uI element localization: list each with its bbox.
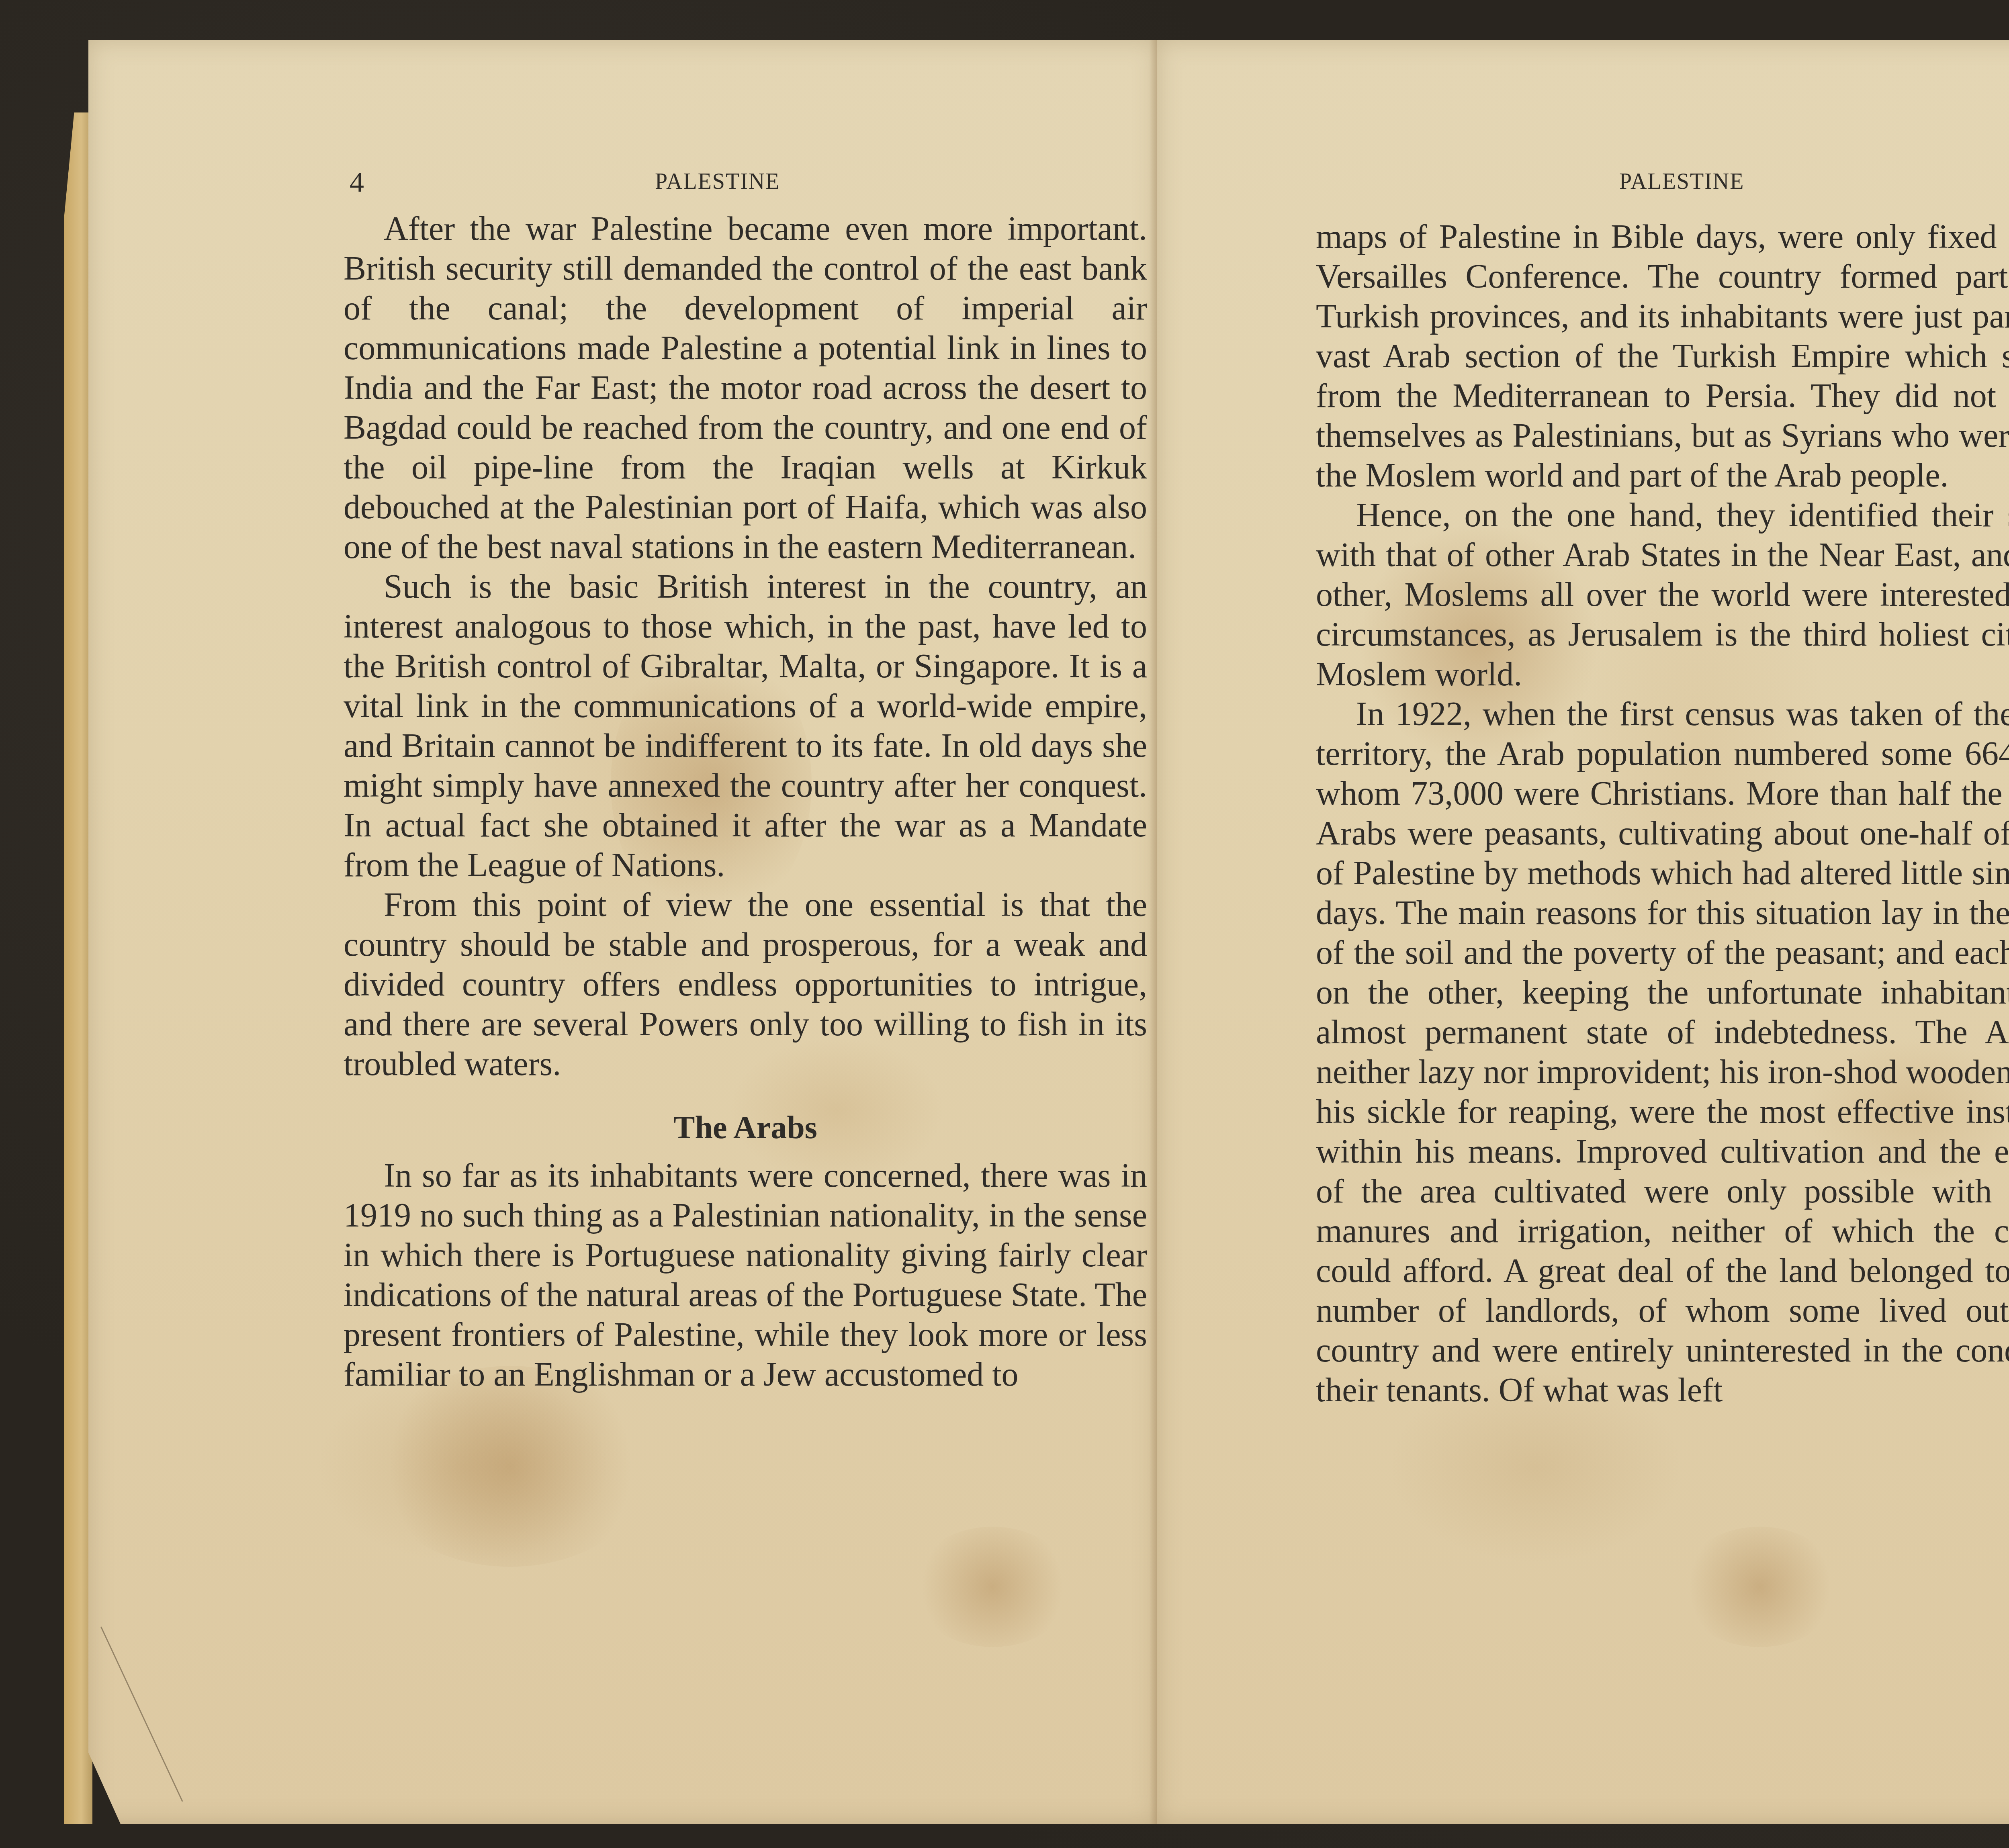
- running-head-right: PALESTINE: [1619, 169, 1745, 194]
- age-stain: [370, 1366, 651, 1567]
- paragraph: In so far as its inhabitants were concer…: [344, 1156, 1147, 1394]
- section-heading: The Arabs: [344, 1108, 1147, 1148]
- paragraph: Such is the basic British interest in th…: [344, 567, 1147, 885]
- left-page: 4 PALESTINE After the war Palestine beca…: [88, 40, 1157, 1824]
- right-page: PALESTINE 5 maps of Palestine in Bible d…: [1157, 40, 2009, 1824]
- left-page-body: After the war Palestine became even more…: [344, 209, 1147, 1394]
- paragraph: After the war Palestine became even more…: [344, 209, 1147, 567]
- running-head-left: PALESTINE: [655, 169, 780, 194]
- page-number-left: 4: [350, 166, 364, 199]
- paragraph: maps of Palestine in Bible days, were on…: [1316, 217, 2009, 495]
- folded-corner-crease: [100, 1627, 183, 1802]
- age-stain: [912, 1527, 1073, 1647]
- open-booklet: 4 PALESTINE After the war Palestine beca…: [64, 40, 2009, 1836]
- paragraph: In 1922, when the first census was taken…: [1316, 694, 2009, 1410]
- paragraph: From this point of view the one essentia…: [344, 885, 1147, 1084]
- right-page-body: maps of Palestine in Bible days, were on…: [1316, 217, 2009, 1410]
- cover-edge-left: [64, 112, 92, 1824]
- age-stain: [1680, 1527, 1840, 1647]
- paragraph: Hence, on the one hand, they identified …: [1316, 495, 2009, 694]
